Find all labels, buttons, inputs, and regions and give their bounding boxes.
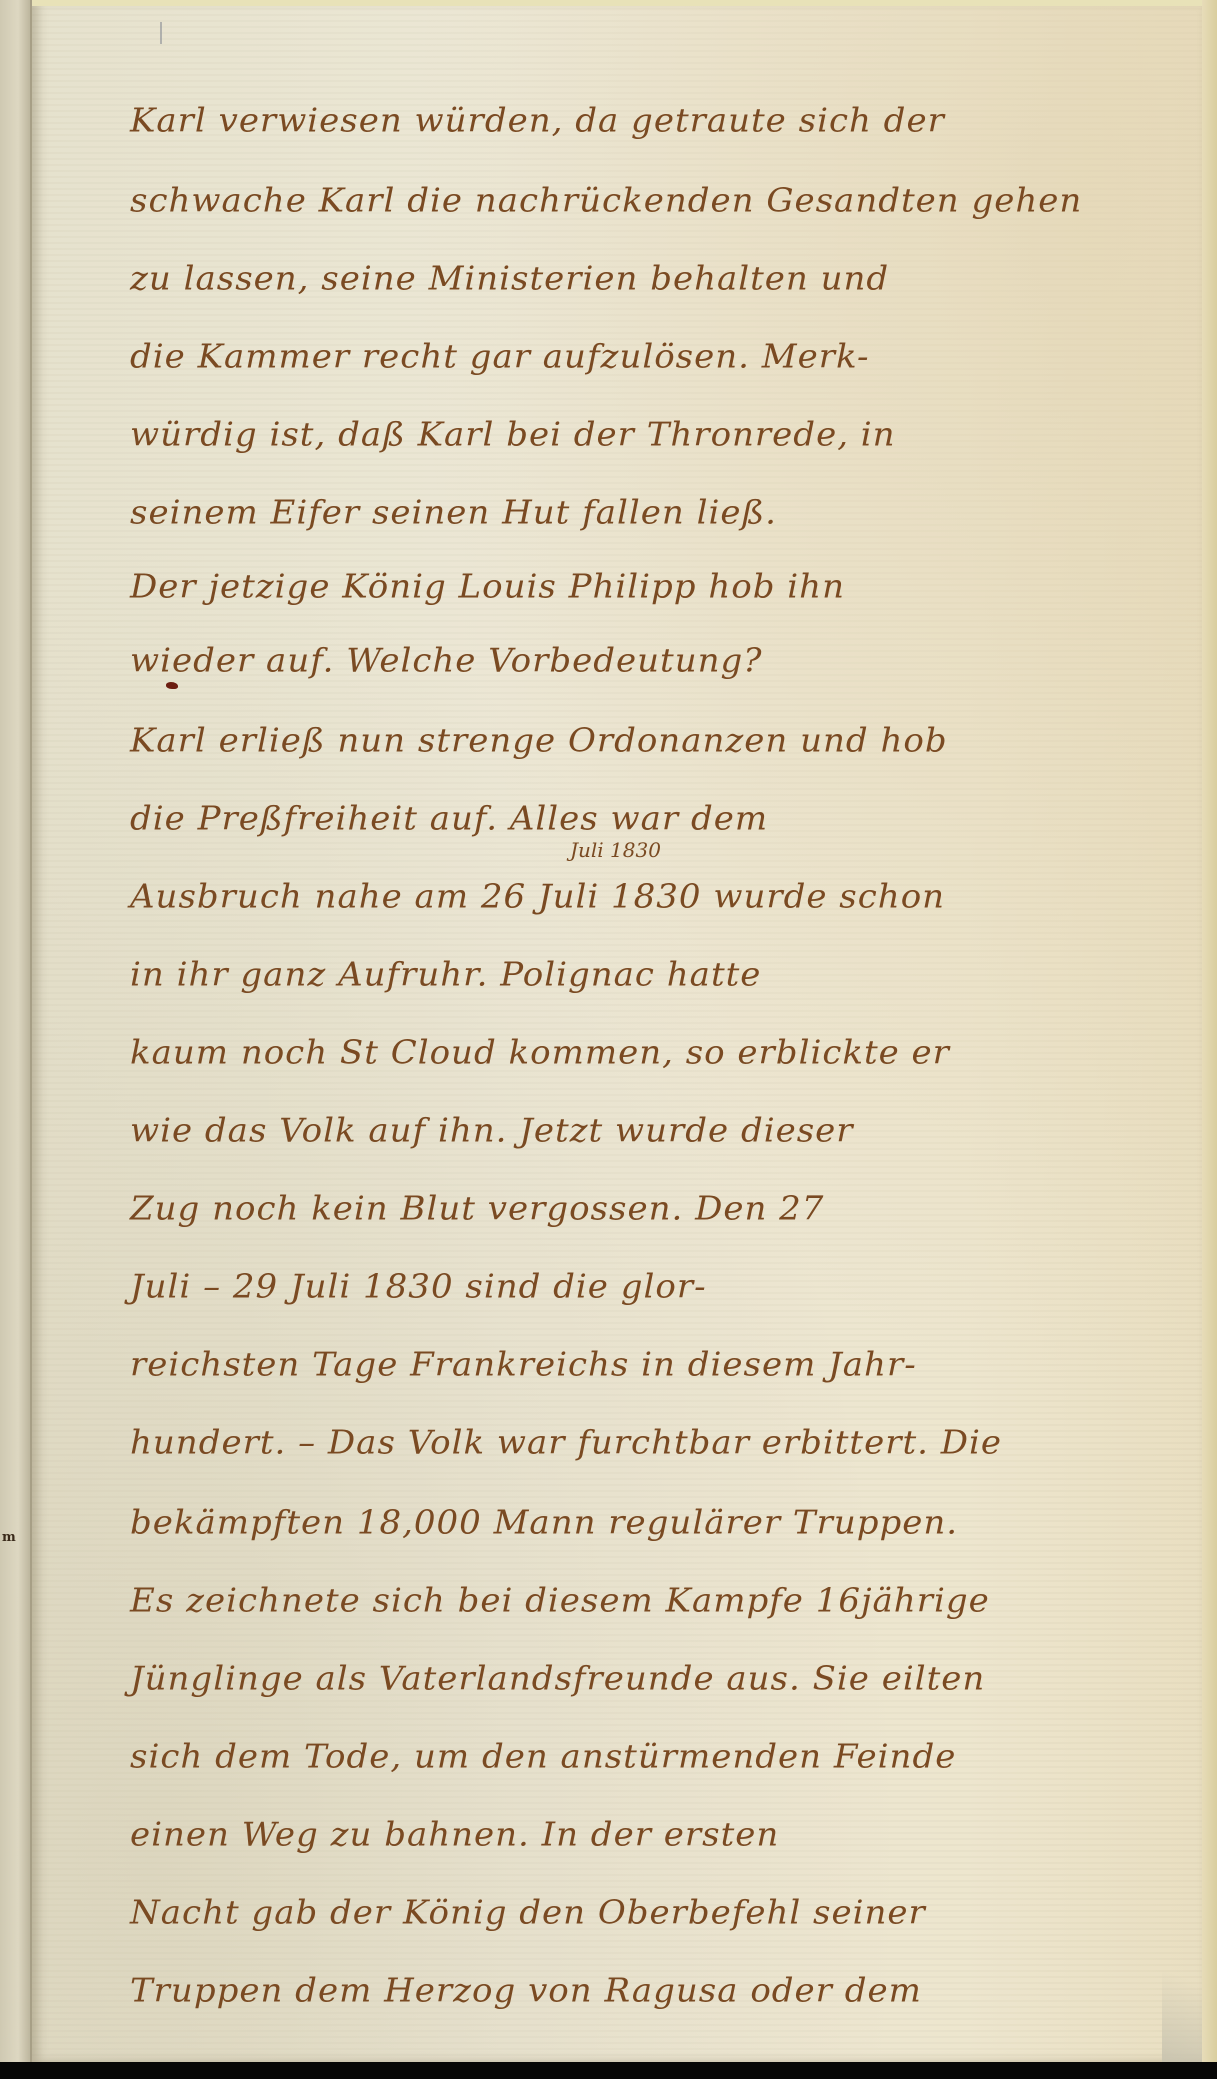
text-line-11: Ausbruch nahe am 26 Juli 1830 wurde scho…	[130, 878, 945, 916]
text-line-20: Es zeichnete sich bei diesem Kampfe 16jä…	[130, 1582, 990, 1620]
scan-bottom-border	[0, 2062, 1217, 2079]
text-line-24: Nacht gab der König den Oberbefehl seine…	[130, 1894, 926, 1932]
page-top-edge	[32, 0, 1217, 6]
text-line-7: Der jetzige König Louis Philipp hob ihn	[130, 568, 845, 606]
page-right-edge	[1202, 0, 1217, 2062]
text-line-18: hundert. – Das Volk war furchtbar erbitt…	[130, 1424, 1002, 1462]
pencil-mark	[160, 22, 162, 44]
text-line-10: die Preßfreiheit auf. Alles war dem	[130, 800, 768, 838]
text-line-4: die Kammer recht gar aufzulösen. Merk-	[130, 338, 869, 376]
facing-page-edge: m	[0, 0, 32, 2062]
text-line-17: reichsten Tage Frankreichs in diesem Jah…	[130, 1346, 917, 1384]
text-line-13: kaum noch St Cloud kommen, so erblickte …	[130, 1034, 950, 1072]
margin-mark: m	[2, 1530, 16, 1545]
red-ink-blot	[166, 682, 178, 689]
page-corner-curl	[1162, 1922, 1202, 2062]
text-line-16: Juli – 29 Juli 1830 sind die glor-	[130, 1268, 707, 1306]
text-line-19: bekämpften 18,000 Mann regulärer Truppen…	[130, 1504, 958, 1542]
text-line-22: sich dem Tode, um den anstürmenden Feind…	[130, 1738, 956, 1776]
text-line-3: zu lassen, seine Ministerien behalten un…	[130, 260, 889, 298]
text-line-1: Karl verwiesen würden, da getraute sich …	[130, 102, 945, 140]
text-line-25: Truppen dem Herzog von Ragusa oder dem	[130, 1972, 922, 2010]
interlinear-date: Juli 1830	[570, 838, 661, 862]
text-line-14: wie das Volk auf ihn. Jetzt wurde dieser	[130, 1112, 854, 1150]
text-line-2: schwache Karl die nachrückenden Gesandte…	[130, 182, 1082, 220]
text-line-5: würdig ist, daß Karl bei der Thronrede, …	[130, 416, 896, 454]
text-line-23: einen Weg zu bahnen. In der ersten	[130, 1816, 779, 1854]
text-line-12: in ihr ganz Aufruhr. Polignac hatte	[130, 956, 761, 994]
text-line-21: Jünglinge als Vaterlandsfreunde aus. Sie…	[130, 1660, 985, 1698]
text-line-6: seinem Eifer seinen Hut fallen ließ.	[130, 494, 777, 532]
text-line-8: wieder auf. Welche Vorbedeutung?	[130, 642, 763, 680]
text-line-15: Zug noch kein Blut vergossen. Den 27	[130, 1190, 824, 1228]
text-line-9: Karl erließ nun strenge Ordonanzen und h…	[130, 722, 948, 760]
